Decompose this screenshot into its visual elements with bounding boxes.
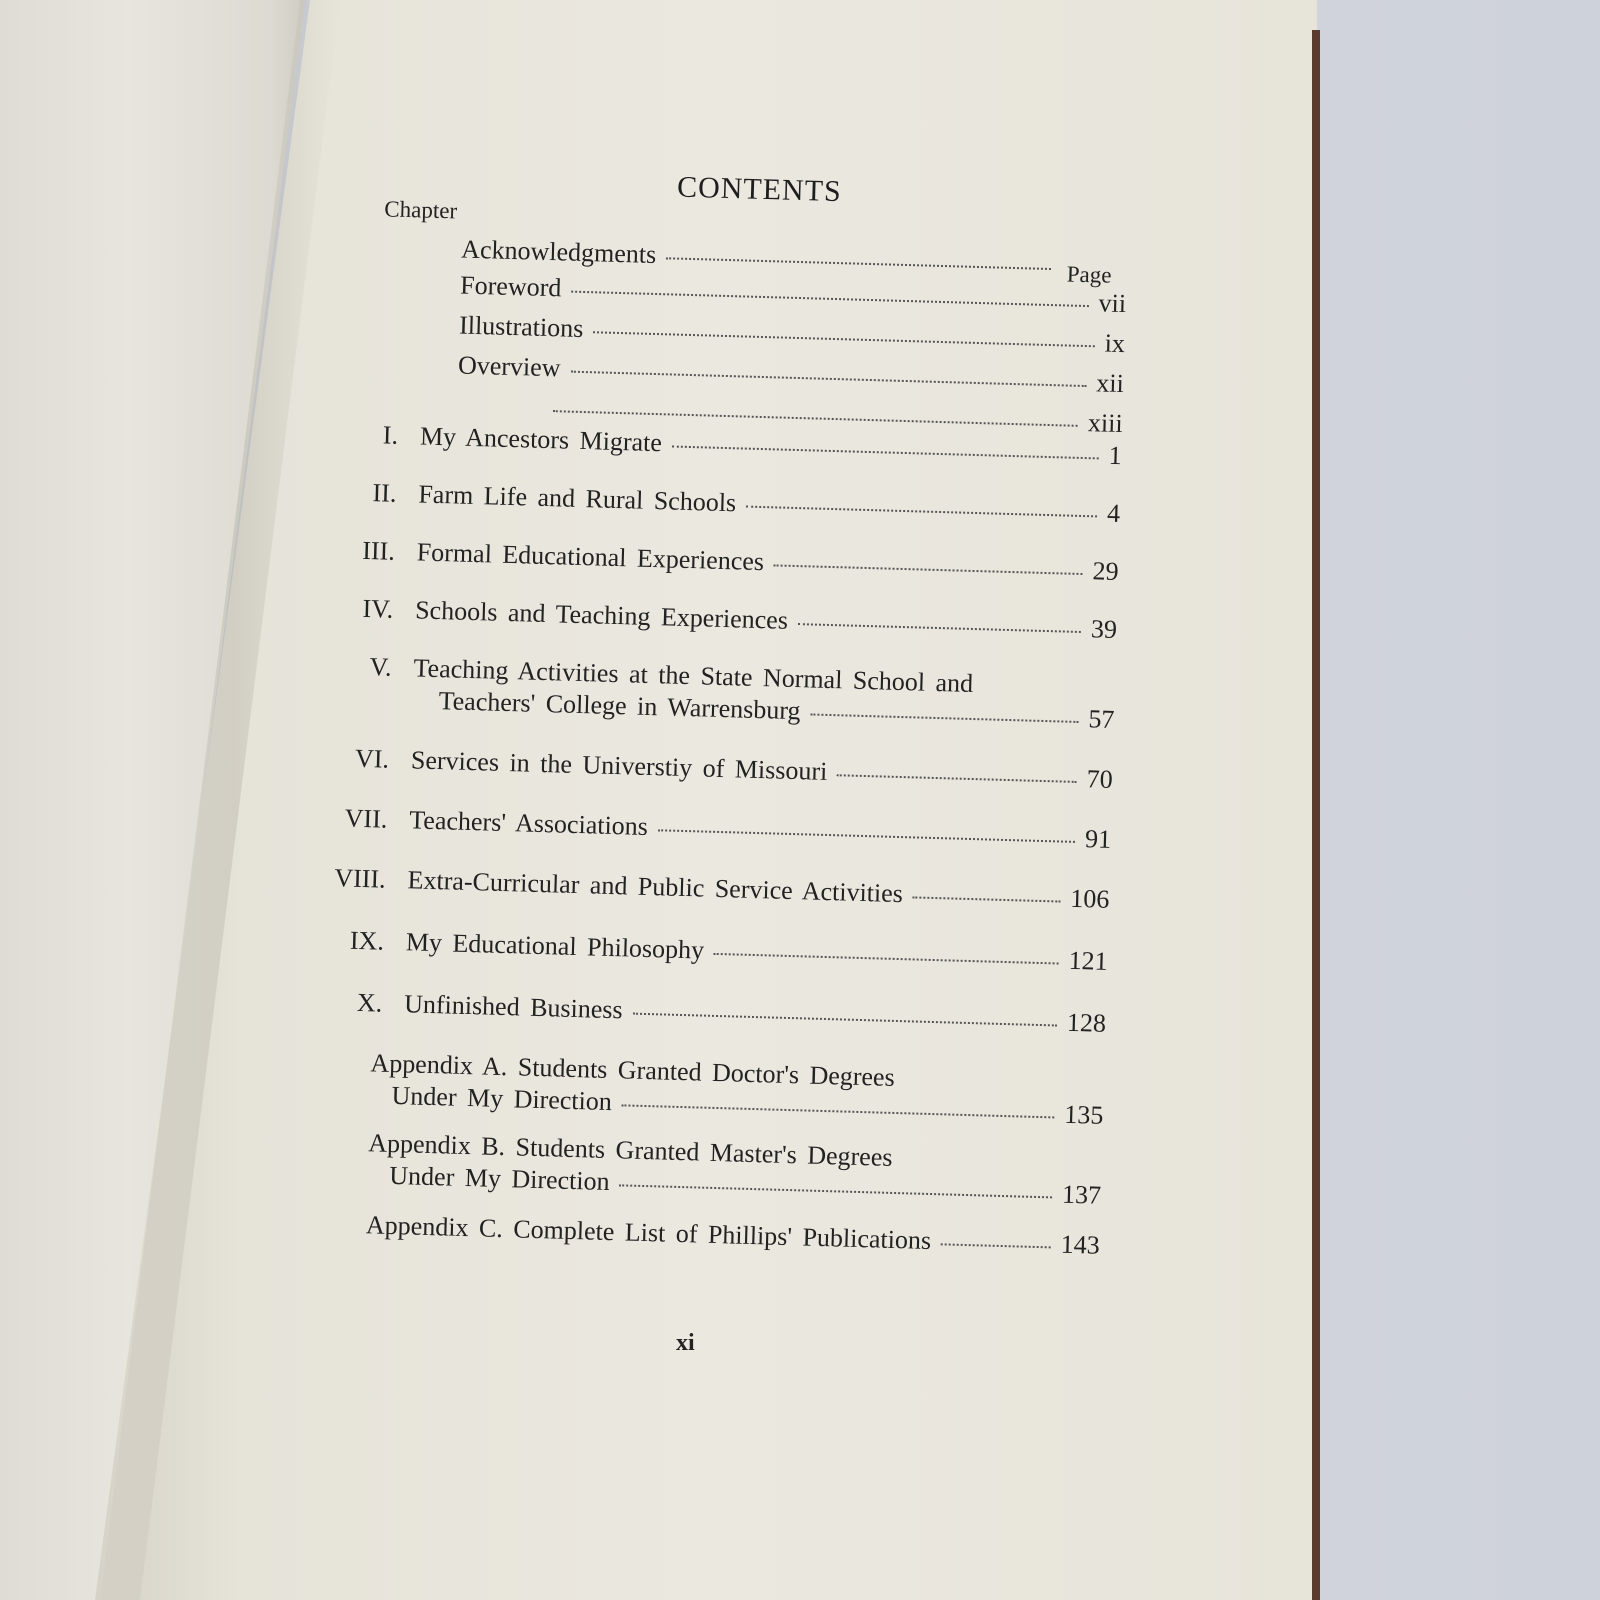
- dot-leader: [798, 623, 1081, 633]
- dot-leader: [810, 713, 1078, 722]
- dot-leader: [941, 1243, 1051, 1248]
- page-title: CONTENTS: [677, 171, 843, 210]
- page-number: xi: [676, 1330, 695, 1357]
- dot-leader: [837, 774, 1077, 783]
- chapter-column-label: Chapter: [384, 196, 458, 224]
- page-column-label: Page: [1066, 261, 1111, 288]
- dot-leader: [619, 1184, 1052, 1198]
- book-cover-edge: [1312, 30, 1320, 1600]
- dot-leader: [632, 1013, 1056, 1027]
- dot-leader: [658, 829, 1075, 843]
- dot-leader: [666, 257, 1051, 270]
- dot-leader: [774, 564, 1083, 575]
- dot-leader: [714, 953, 1059, 965]
- dot-leader: [913, 896, 1061, 902]
- dot-leader: [622, 1104, 1055, 1118]
- dot-leader: [571, 291, 1088, 307]
- dot-leader: [570, 371, 1086, 387]
- dot-leader: [672, 445, 1099, 459]
- dot-leader: [553, 410, 1078, 427]
- dot-leader: [746, 506, 1097, 518]
- dot-leader: [593, 331, 1094, 347]
